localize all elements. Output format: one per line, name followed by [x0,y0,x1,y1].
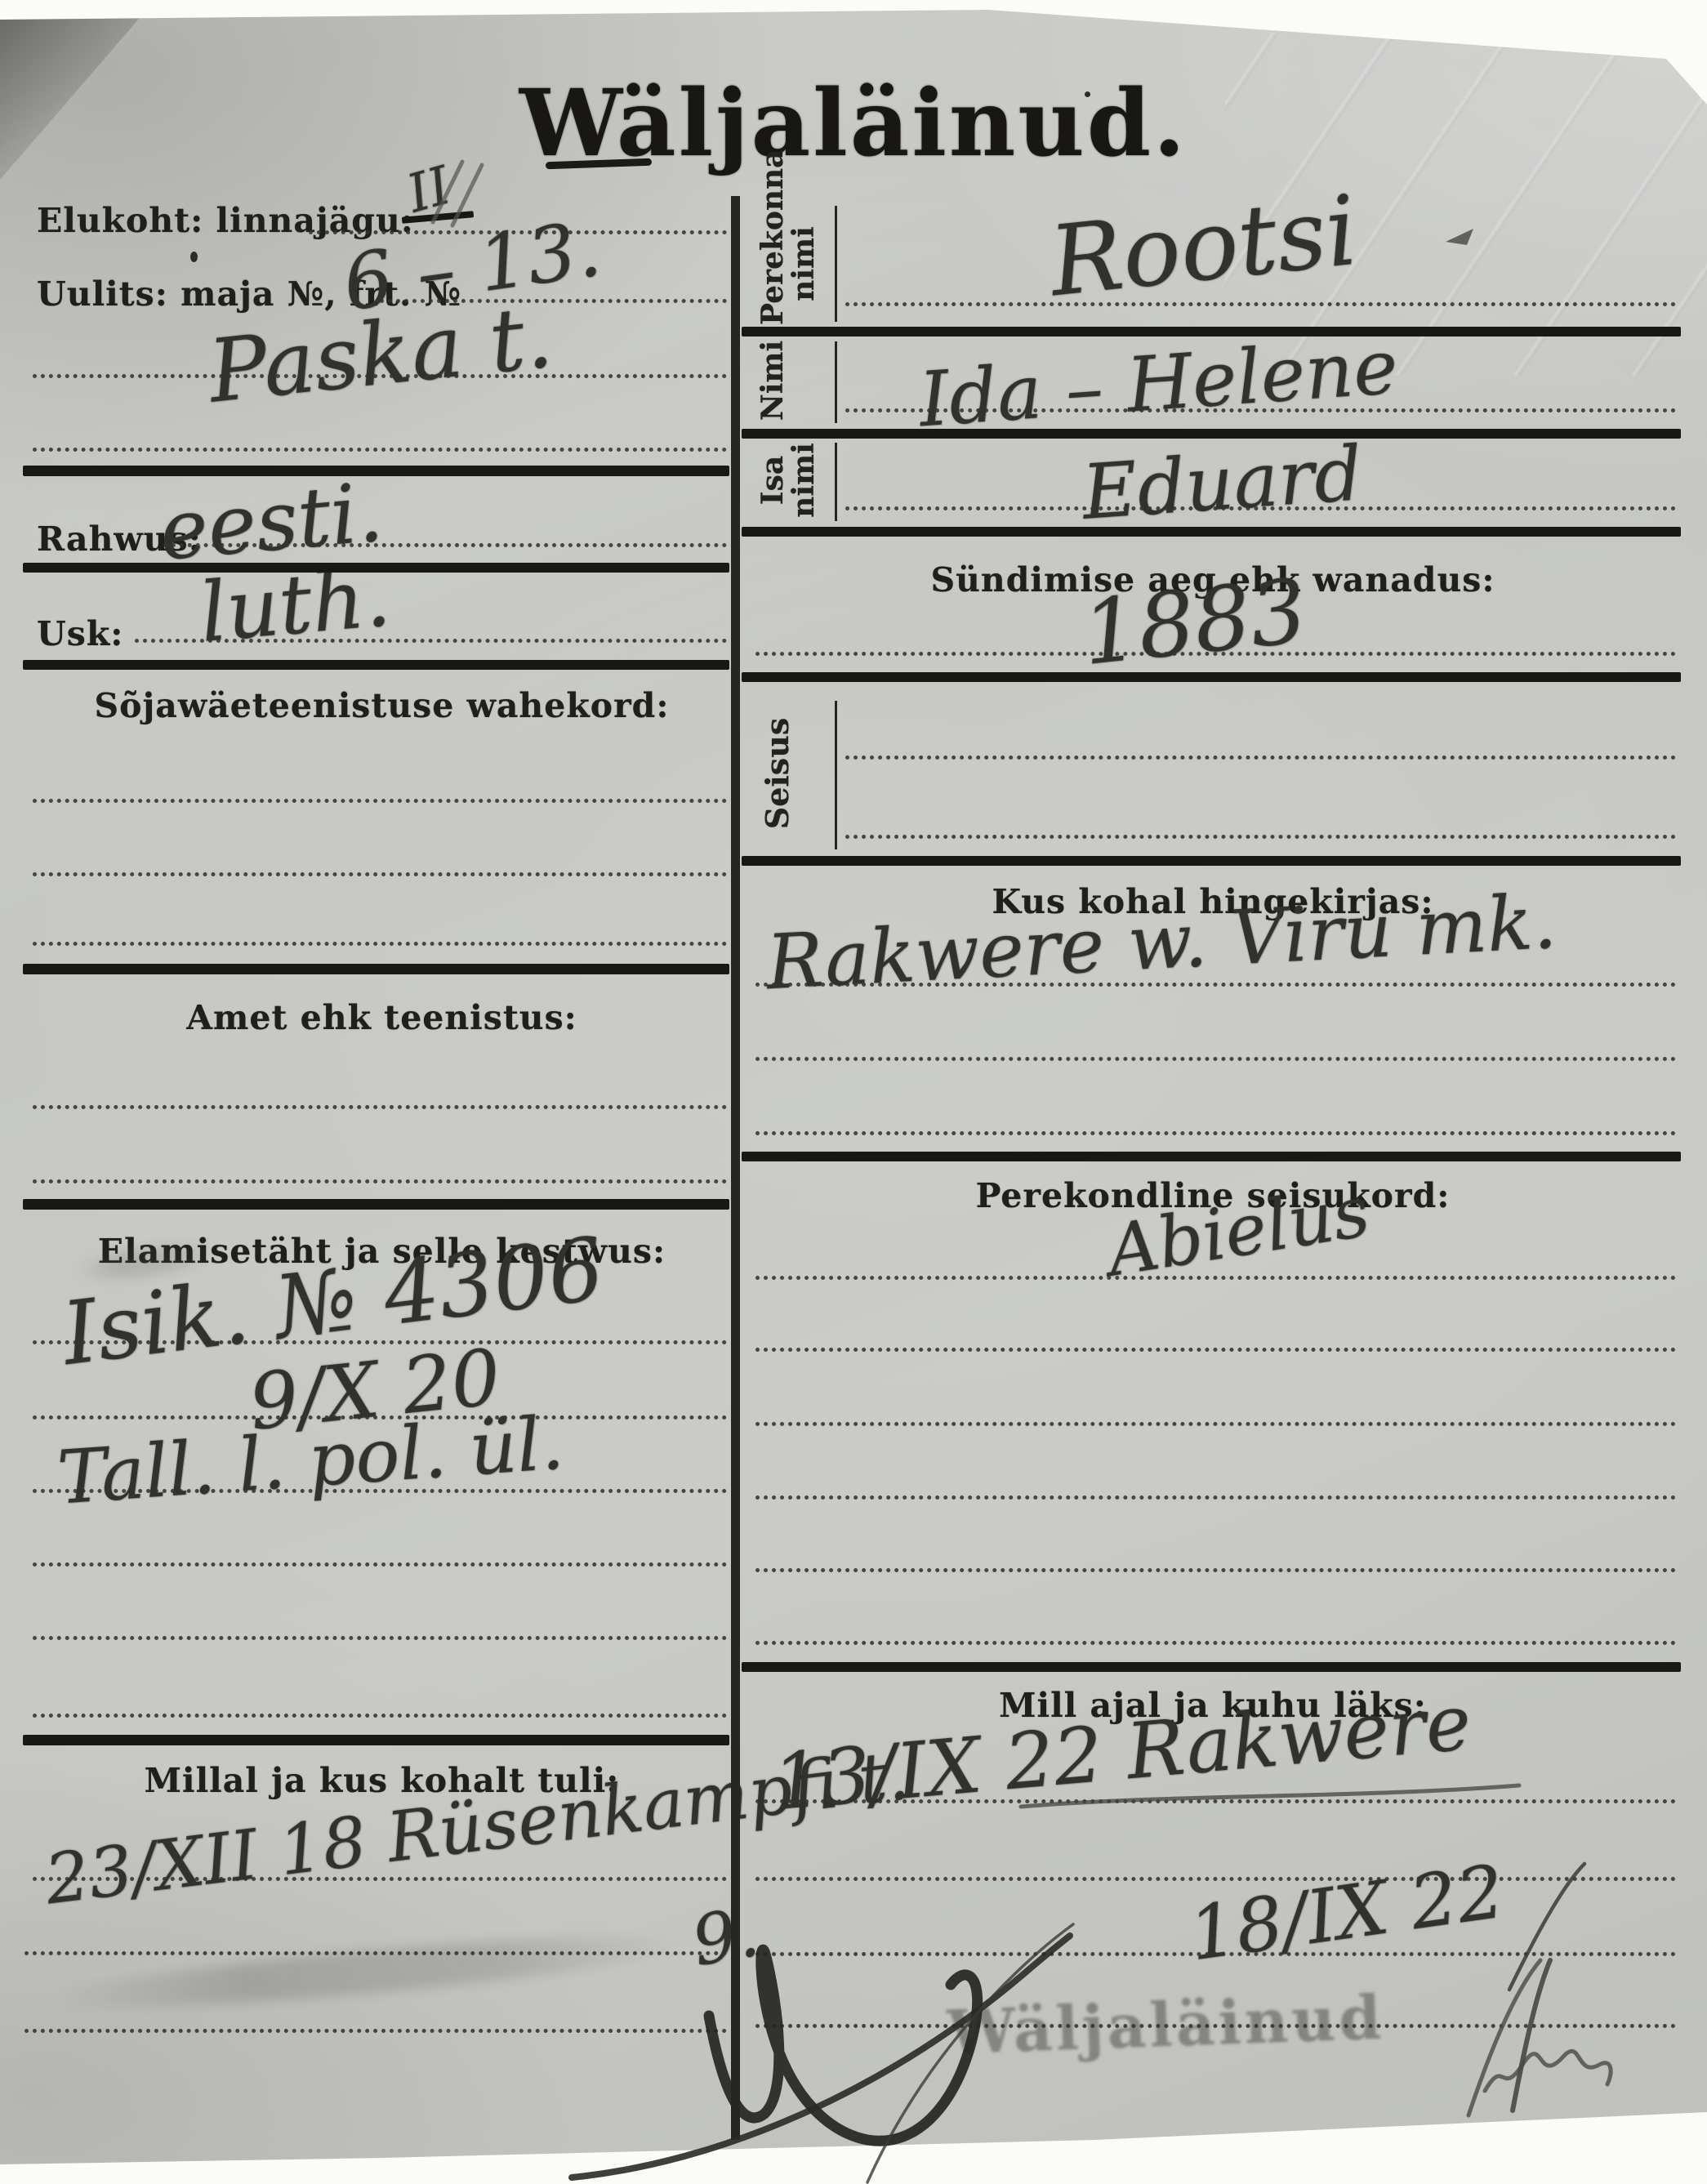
small-arrow-mark [1446,229,1473,245]
floor-roman-strokes [433,162,482,225]
scanned-document: Wäljaläinud. Elukoht: linnajägu: Uulits:… [0,0,1707,2184]
signature-strokes [0,0,1707,2184]
departure-underline-stroke [1021,1785,1519,1807]
signature-right-stroke [1513,1960,1550,2110]
signature-tail [572,1936,1070,2177]
signature-main [709,1950,978,2141]
